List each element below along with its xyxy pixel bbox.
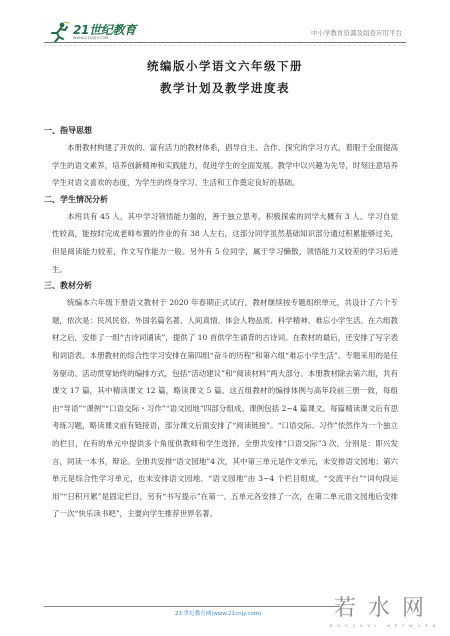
section-heading-textbook-analysis: 三、教材分析 [44,278,398,294]
doc-title-line2: 教学计划及教学进度表 [0,80,450,96]
watermark-text: 若水网 [326,596,444,622]
section-heading-guiding-thought: 一、指导思想 [44,123,398,139]
running-figure-icon [48,21,70,43]
logo-url: WWW.21CNJY.COM [73,37,136,41]
header-divider [44,42,406,43]
header-divider-dashed [44,45,406,46]
doc-title-line1: 统编版小学语文六年级下册 [0,58,450,74]
document-body: 一、指导思想 本册教材构建了开放的、富有活力的教材体系，倡导自主、合作、探究的学… [52,123,398,523]
section-paragraph: 本册教材构建了开放的、富有活力的教材体系，倡导自主、合作、探究的学习方式，着眼于… [52,139,398,192]
footer-link[interactable]: 21 世纪教育网(www.21cnjy.com) [175,609,261,617]
watermark: 若水网 RUOSHUI NETWORK [326,596,444,628]
logo-name: 21世纪教育 [73,24,136,36]
section-heading-student-analysis: 二、学生情况分析 [44,192,398,208]
site-logo[interactable]: 21世纪教育 WWW.21CNJY.COM [48,20,136,44]
platform-tagline: 中小学教育资源及组卷应用平台 [311,28,402,37]
section-paragraph: 本班共有 45 人，其中学习领悟能力强的，善于独立思考，积极探索的同学大概有 3… [52,208,398,278]
watermark-subtext: RUOSHUI NETWORK [326,624,444,628]
footer-divider [44,606,340,607]
section-paragraph: 统编本六年级下册语文教材于 2020 年春期正式试行。教材继续按专题组织单元，共… [52,294,398,523]
page-header: 21世纪教育 WWW.21CNJY.COM 中小学教育资源及组卷应用平台 [44,16,406,44]
